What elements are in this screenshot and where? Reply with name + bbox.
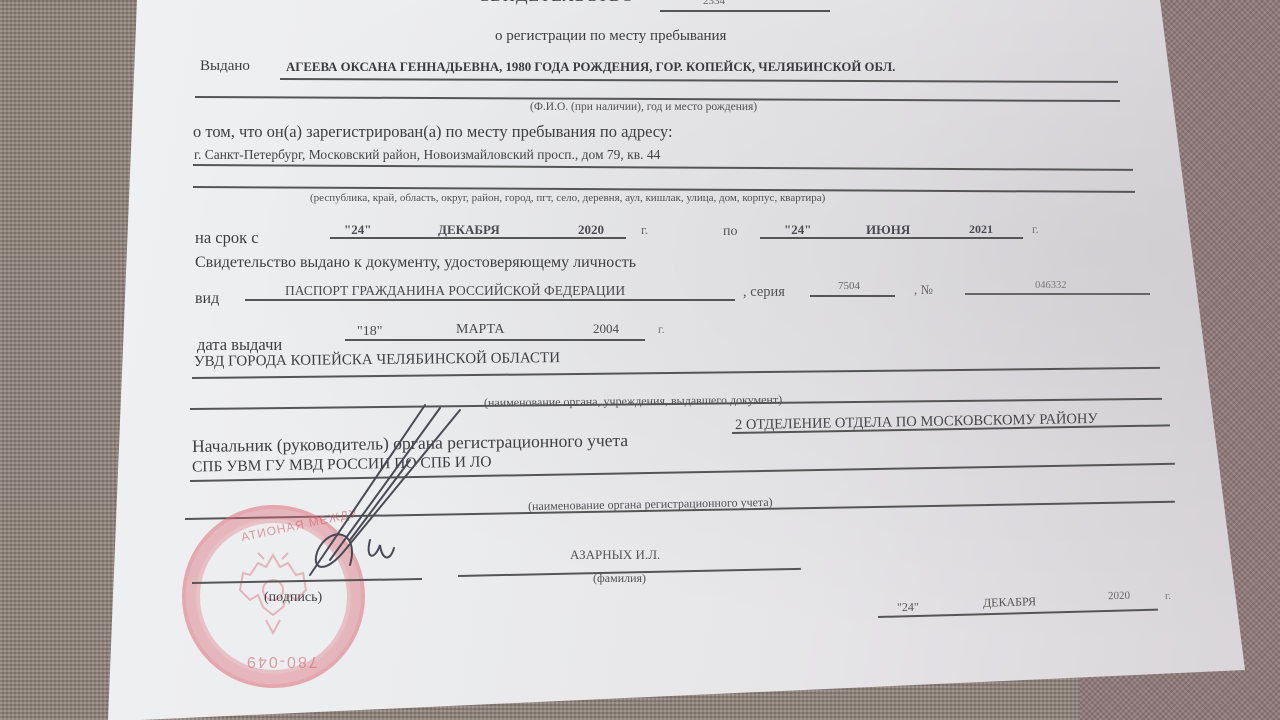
id-kind-label: вид (195, 290, 219, 308)
document-number: 2334 (703, 0, 725, 7)
period-to-suffix: г. (1032, 222, 1039, 237)
id-series-value: 7504 (838, 280, 860, 292)
address-caption: (республика, край, область, округ, район… (310, 192, 825, 204)
signed-year: 2020 (1108, 590, 1130, 603)
issue-year: 2004 (593, 321, 619, 337)
id-kind-value: ПАСПОРТ ГРАЖДАНИНА РОССИЙСКОЙ ФЕДЕРАЦИИ (285, 283, 625, 299)
period-to-label: по (723, 224, 738, 240)
period-from-year: 2020 (578, 222, 604, 238)
issued-to-caption: (Ф.И.О. (при наличии), год и место рожде… (530, 101, 757, 113)
period-to-year: 2021 (969, 222, 993, 237)
id-kind-underline (245, 299, 735, 301)
issue-day: "18" (357, 324, 382, 340)
issue-date-underline (345, 339, 645, 341)
stamp-bottom-text: 780-049 (245, 652, 318, 670)
period-from-label: на срок с (195, 228, 259, 248)
period-from-underline (330, 237, 626, 239)
number-underline (660, 10, 830, 12)
signed-month: ДЕКАБРЯ (983, 594, 1036, 610)
id-doc-text: Свидетельство выдано к документу, удосто… (195, 254, 636, 272)
period-to-month: ИЮНЯ (866, 222, 910, 238)
signed-day: "24" (897, 600, 919, 616)
period-from-day: "24" (344, 222, 371, 238)
period-from-month: ДЕКАБРЯ (438, 222, 500, 238)
document-subtitle: о регистрации по месту пребывания (495, 28, 726, 45)
issue-month: МАРТА (456, 322, 504, 338)
signature-caption: (подпись) (264, 590, 322, 606)
id-number-label: , № (914, 282, 933, 298)
period-from-suffix: г. (641, 222, 648, 238)
address-value: г. Санкт-Петербург, Московский район, Но… (194, 147, 660, 163)
id-series-underline (810, 295, 895, 297)
issue-year-suffix: г. (658, 322, 665, 337)
handwritten-signature (270, 400, 520, 600)
id-series-label: , серия (743, 284, 785, 301)
period-to-underline (760, 237, 1023, 239)
document-title: СВИДЕТЕЛЬСТВО (478, 0, 635, 6)
head-surname: АЗАРНЫХ И.Л. (570, 547, 660, 563)
id-number-underline (965, 293, 1150, 295)
registered-text: о том, что он(а) зарегистрирован(а) по м… (193, 122, 673, 142)
issuer-caption: (наименование органа, учреждения, выдавш… (484, 392, 782, 410)
issued-to-label: Выдано (200, 58, 250, 75)
issue-date-label: дата выдачи (197, 335, 282, 355)
id-number-value: 046332 (1035, 280, 1067, 291)
issued-to-value: АГЕЕВА ОКСАНА ГЕННАДЬЕВНА, 1980 ГОДА РОЖ… (286, 60, 895, 75)
signed-year-suffix: г. (1165, 590, 1171, 602)
surname-caption: (фамилия) (593, 571, 646, 586)
period-to-day: "24" (784, 222, 811, 238)
